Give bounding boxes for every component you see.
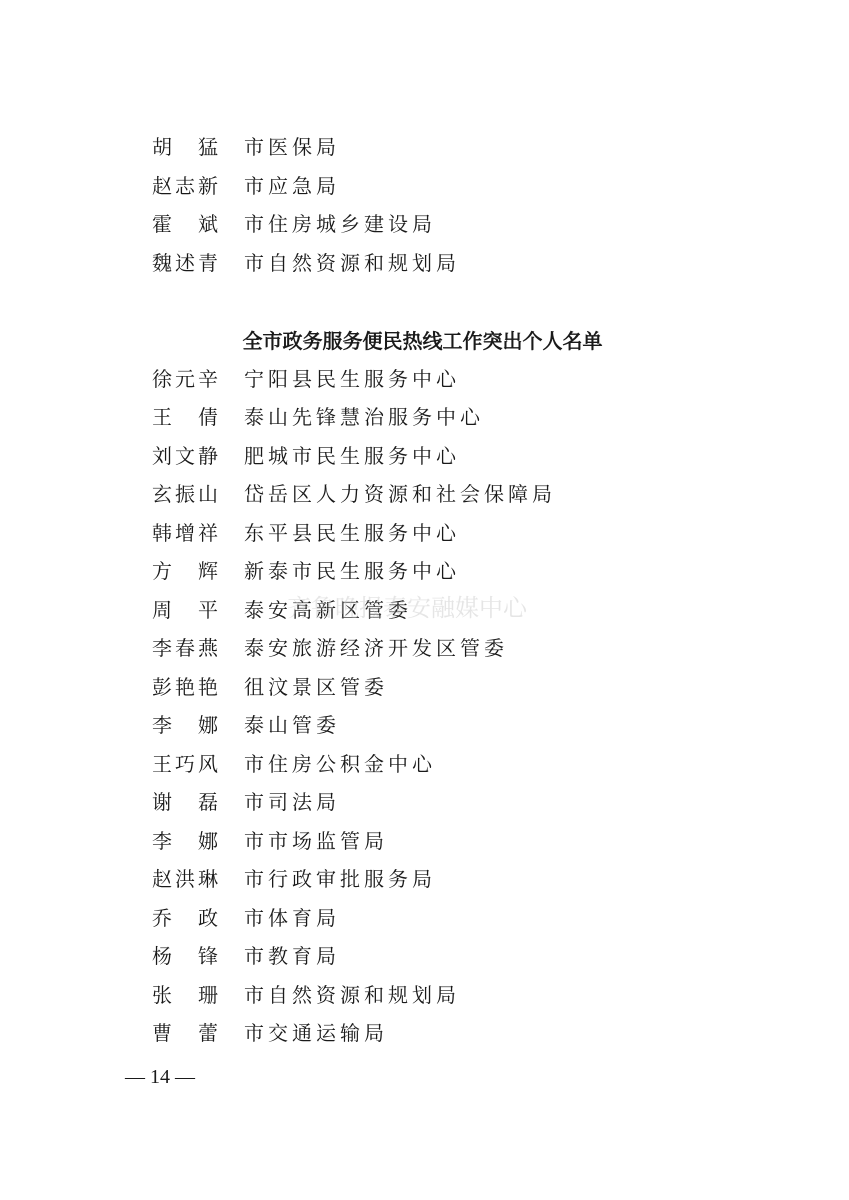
- organization: 市住房城乡建设局: [244, 209, 436, 239]
- organization: 泰安高新区管委: [244, 595, 412, 625]
- organization: 市自然资源和规划局: [244, 248, 460, 278]
- page-number: — 14 —: [125, 1062, 195, 1092]
- person-name: 霍斌: [152, 209, 218, 239]
- person-name: 韩增祥: [152, 518, 218, 548]
- person-name: 胡猛: [152, 132, 218, 162]
- organization: 泰山先锋慧治服务中心: [244, 402, 484, 432]
- person-name: 乔政: [152, 903, 218, 933]
- organization: 市司法局: [244, 787, 340, 817]
- organization: 市行政审批服务局: [244, 864, 436, 894]
- person-name: 徐元辛: [152, 364, 218, 394]
- document-page: 胡猛 市医保局 赵志新 市应急局 霍斌 市住房城乡建设局 魏述青 市自然资源和规…: [0, 0, 849, 1200]
- person-name: 曹蕾: [152, 1018, 218, 1048]
- organization: 市体育局: [244, 903, 340, 933]
- organization: 市交通运输局: [244, 1018, 388, 1048]
- organization: 宁阳县民生服务中心: [244, 364, 460, 394]
- person-name: 谢磊: [152, 787, 218, 817]
- organization: 市自然资源和规划局: [244, 980, 460, 1010]
- section-title: 全市政务服务便民热线工作突出个人名单: [0, 326, 849, 356]
- person-name: 李春燕: [152, 633, 218, 663]
- person-name: 张珊: [152, 980, 218, 1010]
- organization: 市应急局: [244, 171, 340, 201]
- organization: 市住房公积金中心: [244, 749, 436, 779]
- organization: 市教育局: [244, 941, 340, 971]
- organization: 市医保局: [244, 132, 340, 162]
- organization: 泰山管委: [244, 710, 340, 740]
- person-name: 杨锋: [152, 941, 218, 971]
- person-name: 李娜: [152, 710, 218, 740]
- organization: 肥城市民生服务中心: [244, 441, 460, 471]
- organization: 岱岳区人力资源和社会保障局: [244, 479, 556, 509]
- organization: 泰安旅游经济开发区管委: [244, 633, 508, 663]
- person-name: 彭艳艳: [152, 672, 218, 702]
- person-name: 赵志新: [152, 171, 218, 201]
- person-name: 刘文静: [152, 441, 218, 471]
- person-name: 玄振山: [152, 479, 218, 509]
- person-name: 魏述青: [152, 248, 218, 278]
- organization: 新泰市民生服务中心: [244, 556, 460, 586]
- organization: 徂汶景区管委: [244, 672, 388, 702]
- person-name: 赵洪琳: [152, 864, 218, 894]
- person-name: 王巧风: [152, 749, 218, 779]
- person-name: 王倩: [152, 402, 218, 432]
- organization: 市市场监管局: [244, 826, 388, 856]
- person-name: 方辉: [152, 556, 218, 586]
- person-name: 周平: [152, 595, 218, 625]
- organization: 东平县民生服务中心: [244, 518, 460, 548]
- person-name: 李娜: [152, 826, 218, 856]
